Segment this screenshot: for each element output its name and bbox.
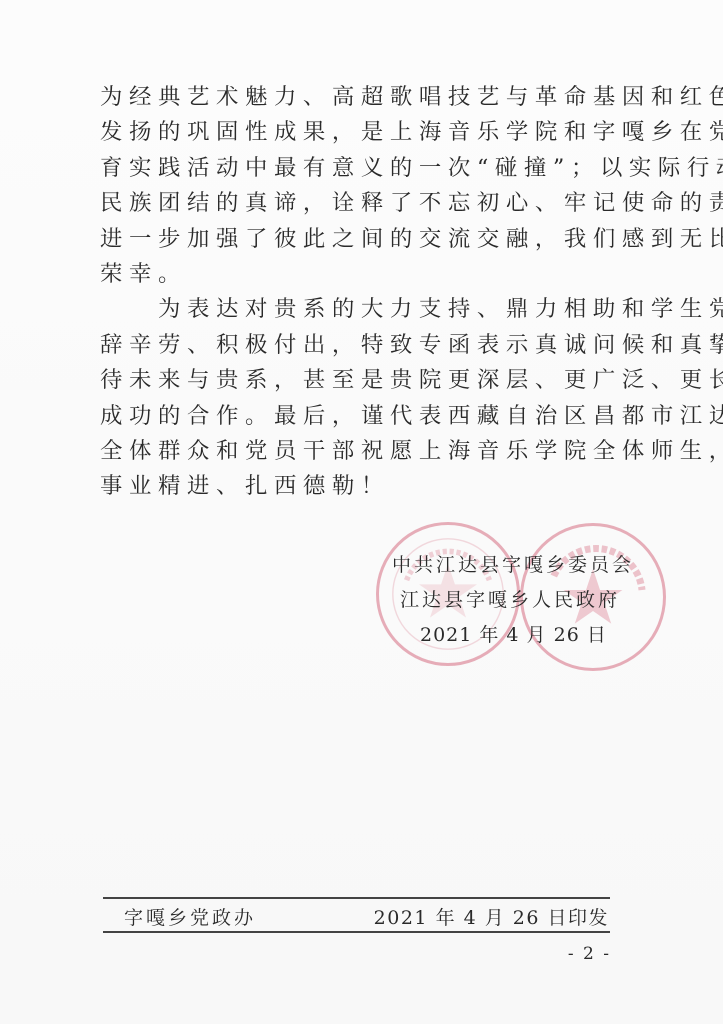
- body-line: 发扬的巩固性成果，是上海音乐学院和字嘎乡在党史学习教: [100, 115, 625, 150]
- body-line: 荣幸。: [100, 257, 625, 292]
- body-line: 为经典艺术魅力、高超歌唱技艺与革命基因和红色文化继承: [100, 80, 625, 115]
- body-line: 事业精进、扎西德勒！: [100, 469, 625, 504]
- document-page: 为经典艺术魅力、高超歌唱技艺与革命基因和红色文化继承 发扬的巩固性成果，是上海音…: [0, 0, 723, 1024]
- signature-org-government: 江达县字嘎乡人民政府: [392, 583, 634, 618]
- footer-issue-date: 2021 年 4 月 26 日印发: [374, 903, 609, 930]
- body-line: 待未来与贵系，甚至是贵院更深层、更广泛、更长远和更为: [100, 363, 625, 398]
- body-line: 成功的合作。最后，谨代表西藏自治区昌都市江达县字嘎乡: [100, 399, 625, 434]
- body-line: 全体群众和党员干部祝愿上海音乐学院全体师生，身体健康、: [100, 434, 625, 469]
- body-line: 辞辛劳、积极付出，特致专函表示真诚问候和真挚感谢！期: [100, 328, 625, 363]
- letter-body: 为经典艺术魅力、高超歌唱技艺与革命基因和红色文化继承 发扬的巩固性成果，是上海音…: [100, 80, 625, 505]
- footer-issuer: 字嘎乡党政办: [124, 903, 256, 930]
- body-line: 民族团结的真谛，诠释了不忘初心、牢记使命的责任担当，: [100, 186, 625, 221]
- page-number: - 2 -: [568, 944, 611, 964]
- body-line-paragraph-start: 为表达对贵系的大力支持、鼎力相助和学生党员们的不: [100, 292, 625, 327]
- signature-date: 2021 年 4 月 26 日: [392, 618, 634, 653]
- body-line: 进一步加强了彼此之间的交流交融，我们感到无比的自豪和: [100, 222, 625, 257]
- body-line: 育实践活动中最有意义的一次“碰撞”；以实际行动践行了: [100, 151, 625, 186]
- signature-block: 中共江达县字嘎乡委员会 江达县字嘎乡人民政府 2021 年 4 月 26 日: [392, 548, 634, 653]
- footer-rule-bottom: [103, 931, 610, 933]
- signature-org-party: 中共江达县字嘎乡委员会: [392, 548, 634, 583]
- footer-rule-top: [103, 897, 610, 899]
